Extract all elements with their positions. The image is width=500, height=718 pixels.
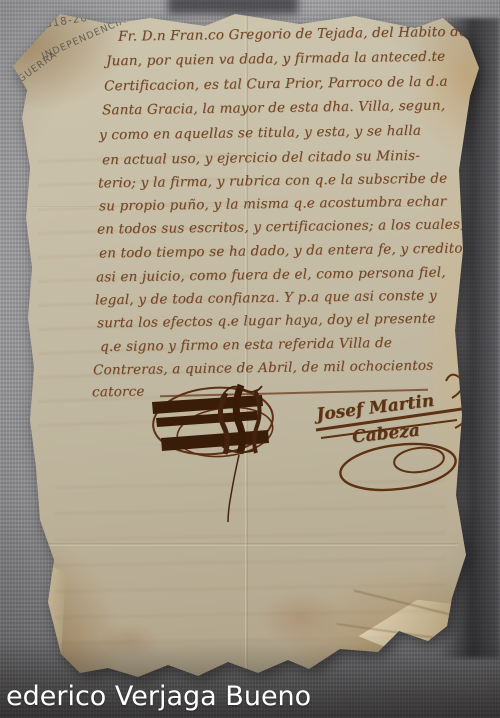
signature-flourishes-svg <box>0 0 500 718</box>
monogram-tail <box>228 455 239 522</box>
photo-of-manuscript: 212318-20 GUERRA INDEPENDENCIA Fr. D.n F… <box>0 0 500 718</box>
manuscript-paper: 212318-20 GUERRA INDEPENDENCIA Fr. D.n F… <box>0 0 500 718</box>
photo-caption: ederico Verjaga Bueno <box>6 681 311 712</box>
paper-wrapper: 212318-20 GUERRA INDEPENDENCIA Fr. D.n F… <box>0 0 500 718</box>
